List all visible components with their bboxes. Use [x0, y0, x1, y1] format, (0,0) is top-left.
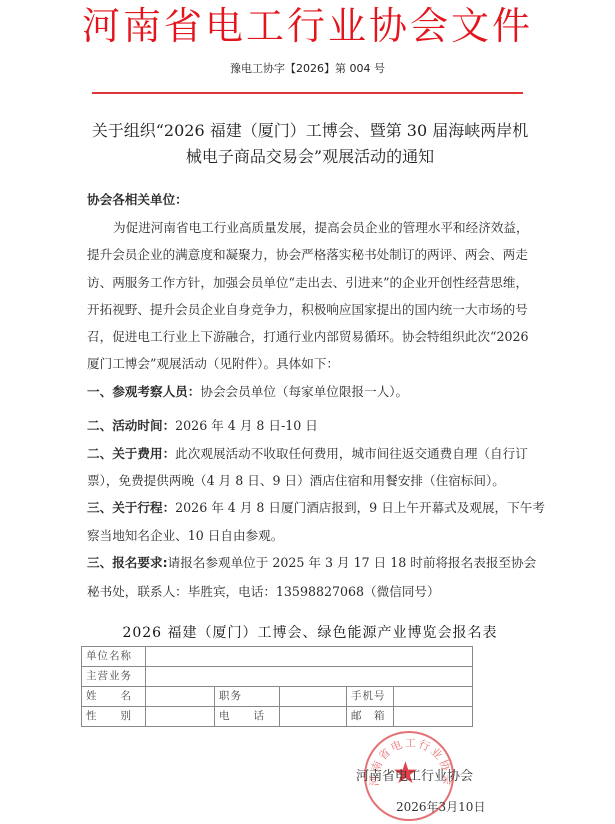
signature-date: 2026年3月10日	[396, 798, 485, 816]
form-field-position[interactable]	[280, 687, 347, 707]
item-text: 此次观展活动不收取任何费用，城市间往返交通费自理（自行订	[175, 446, 528, 461]
item-fees: 二、关于费用：此次观展活动不收取任何费用，城市间往返交通费自理（自行订	[87, 444, 532, 464]
red-divider	[92, 92, 523, 94]
form-field-business[interactable]	[146, 667, 473, 687]
form-label-email: 邮 箱	[347, 707, 394, 727]
item-registration-cont: 秘书处，联系人：毕胜宾，电话：13598827068（微信同号）	[87, 582, 532, 602]
form-field-phone[interactable]	[280, 707, 347, 727]
registration-form-table: 单位名称 主营业务 姓 名 职务 手机号 性 别 电 话 邮 箱	[81, 646, 473, 727]
paragraph-line: 访、两服务工作方针，加强会员单位“走出去、引进来”的企业开创性经营思维，	[87, 273, 532, 293]
notice-title-line2: 械电子商品交易会”观展活动的通知	[60, 144, 560, 170]
item-fees-cont: 票），免费提供两晚（4 月 8 日、9 日）酒店住宿和用餐安排（住宿标间）。	[87, 471, 532, 491]
item-text: 2026 年 4 月 8 日-10 日	[175, 418, 318, 433]
document-header-title: 河南省电工行业协会文件	[0, 2, 615, 50]
form-field-name[interactable]	[146, 687, 215, 707]
item-label: 二、活动时间：	[87, 418, 175, 433]
form-label-company: 单位名称	[82, 647, 146, 667]
item-itinerary: 三、关于行程：2026 年 4 月 8 日厦门酒店报到，9 日上午开幕式及观展，…	[87, 498, 532, 518]
item-registration: 三、报名要求:请报名参观单位于 2025 年 3 月 17 日 18 时前将报名…	[87, 553, 532, 573]
form-field-mobile[interactable]	[394, 687, 473, 707]
form-field-email[interactable]	[394, 707, 473, 727]
form-title: 2026 福建（厦门）工博会、绿色能源产业博览会报名表	[60, 623, 560, 643]
form-label-phone: 电 话	[215, 707, 280, 727]
form-label-business: 主营业务	[82, 667, 146, 687]
paragraph-line: 为促进河南省电工行业高质量发展，提高会员企业的管理水平和经济效益，	[113, 218, 558, 238]
notice-title-line1: 关于组织“2026 福建（厦门）工博会、暨第 30 届海峡两岸机	[60, 118, 560, 144]
paragraph-line: 开拓视野、提升会员企业自身竞争力，积极响应国家提出的国内统一大市场的号	[87, 300, 532, 320]
table-row: 姓 名 职务 手机号	[82, 687, 473, 707]
item-itinerary-cont: 察当地知名企业、10 日自由参观。	[87, 526, 532, 546]
paragraph-line: 厦门工博会”观展活动（见附件）。具体如下：	[87, 354, 532, 374]
paragraph-line: 召，促进电工行业上下游融合，打通行业内部贸易循环。协会特组织此次“2026	[87, 327, 532, 347]
signature-org: 河南省电工行业协会	[356, 768, 473, 786]
form-label-position: 职务	[215, 687, 280, 707]
form-field-company[interactable]	[146, 647, 473, 667]
item-visitors: 一、参观考察人员：协会会员单位（每家单位限报一人）。	[87, 382, 532, 402]
salutation: 协会各相关单位：	[87, 190, 532, 210]
item-label: 三、关于行程：	[87, 500, 175, 515]
item-text: 2026 年 4 月 8 日厦门酒店报到，9 日上午开幕式及观展，下午考	[175, 500, 545, 515]
item-time: 二、活动时间：2026 年 4 月 8 日-10 日	[87, 416, 532, 436]
table-row: 主营业务	[82, 667, 473, 687]
item-label: 三、报名要求:	[87, 555, 168, 570]
table-row: 性 别 电 话 邮 箱	[82, 707, 473, 727]
item-label: 一、参观考察人员：	[87, 384, 200, 399]
item-text: 请报名参观单位于 2025 年 3 月 17 日 18 时前将报名表报至协会	[168, 555, 537, 570]
notice-title: 关于组织“2026 福建（厦门）工博会、暨第 30 届海峡两岸机 械电子商品交易…	[60, 118, 560, 170]
form-field-gender[interactable]	[146, 707, 215, 727]
item-label: 二、关于费用：	[87, 446, 175, 461]
form-label-gender: 性 别	[82, 707, 146, 727]
form-label-mobile: 手机号	[347, 687, 394, 707]
table-row: 单位名称	[82, 647, 473, 667]
item-text: 协会会员单位（每家单位限报一人）。	[200, 384, 408, 399]
document-number: 豫电工协字【2026】第 004 号	[0, 62, 615, 76]
paragraph-line: 提升会员企业的满意度和凝聚力，协会严格落实秘书处制订的两评、两会、两走	[87, 245, 532, 265]
form-label-name: 姓 名	[82, 687, 146, 707]
